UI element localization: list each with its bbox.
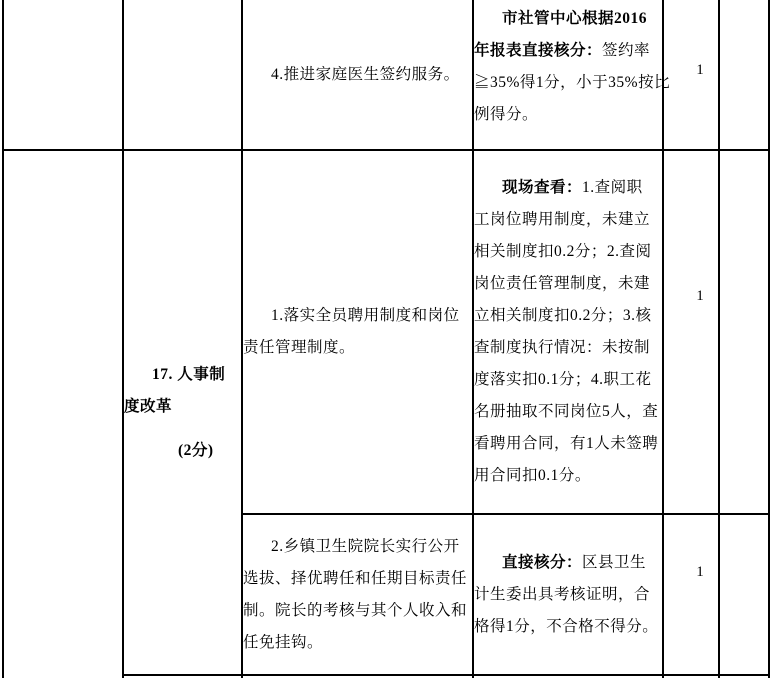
category-points: (2分) [124, 435, 239, 467]
method-text: 直接核分：区县卫生 计生委出具考核证明，合 格得1分，不合格不得分。 [474, 547, 662, 643]
item-cell-director-appointment: 2.乡镇卫生院院长实行公开 选拔、择优聘任和任期目标责任 制。院长的考核与其个人… [243, 515, 472, 674]
score-value: 1 [696, 288, 704, 305]
method-rest-segment: 1.查阅职 工岗位聘用制度，未建立 相关制度扣0.2分；2.查阅 岗位责任管理制… [474, 179, 658, 484]
method-cell-row3: 直接核分：区县卫生 计生委出具考核证明，合 格得1分，不合格不得分。 [474, 515, 662, 674]
table-border-right [768, 0, 770, 678]
method-bold-segment: 直接核分： [502, 554, 582, 571]
category-title: 17. 人事制 度改革 [124, 359, 239, 423]
table-border-left [2, 0, 4, 678]
method-cell-row2: 现场查看：1.查阅职 工岗位聘用制度，未建立 相关制度扣0.2分；2.查阅 岗位… [474, 151, 662, 513]
method-text: 现场查看：1.查阅职 工岗位聘用制度，未建立 相关制度扣0.2分；2.查阅 岗位… [474, 172, 662, 492]
item-text-content: 1.落实全员聘用制度和岗位 责任管理制度。 [243, 307, 460, 356]
table-border-row3-bottom [122, 674, 770, 676]
document-table-page: 17. 人事制 度改革 (2分) 4.推进家庭医生签约服务。 市社管中心根据20… [0, 0, 772, 678]
item-text-content: 4.推进家庭医生签约服务。 [271, 66, 460, 83]
score-cell-row1: 1 [662, 0, 718, 140]
score-cell-row3: 1 [662, 515, 718, 630]
score-value: 1 [696, 62, 704, 79]
category-points-text: (2分) [178, 442, 214, 459]
item-text: 2.乡镇卫生院院长实行公开 选拔、择优聘任和任期目标责任 制。院长的考核与其个人… [243, 531, 472, 659]
category-title-text: 17. 人事制 度改革 [124, 366, 225, 415]
item-cell-family-doctor: 4.推进家庭医生签约服务。 [243, 0, 472, 149]
table-border-col5 [718, 0, 720, 678]
item-text: 1.落实全员聘用制度和岗位 责任管理制度。 [243, 300, 472, 364]
item-cell-employment-system: 1.落实全员聘用制度和岗位 责任管理制度。 [243, 151, 472, 513]
item-text-content: 2.乡镇卫生院院长实行公开 选拔、择优聘任和任期目标责任 制。院长的考核与其个人… [243, 538, 467, 651]
category-cell-personnel-reform: 17. 人事制 度改革 (2分) [124, 151, 239, 674]
item-text: 4.推进家庭医生签约服务。 [243, 59, 472, 91]
score-cell-row2: 1 [662, 151, 718, 441]
method-text: 市社管中心根据2016 年报表直接核分：签约率 ≧35%得1分，小于35%按比 … [474, 3, 662, 131]
method-bold-segment: 现场查看： [502, 179, 582, 196]
score-value: 1 [696, 564, 704, 581]
method-cell-row1: 市社管中心根据2016 年报表直接核分：签约率 ≧35%得1分，小于35%按比 … [474, 0, 662, 152]
